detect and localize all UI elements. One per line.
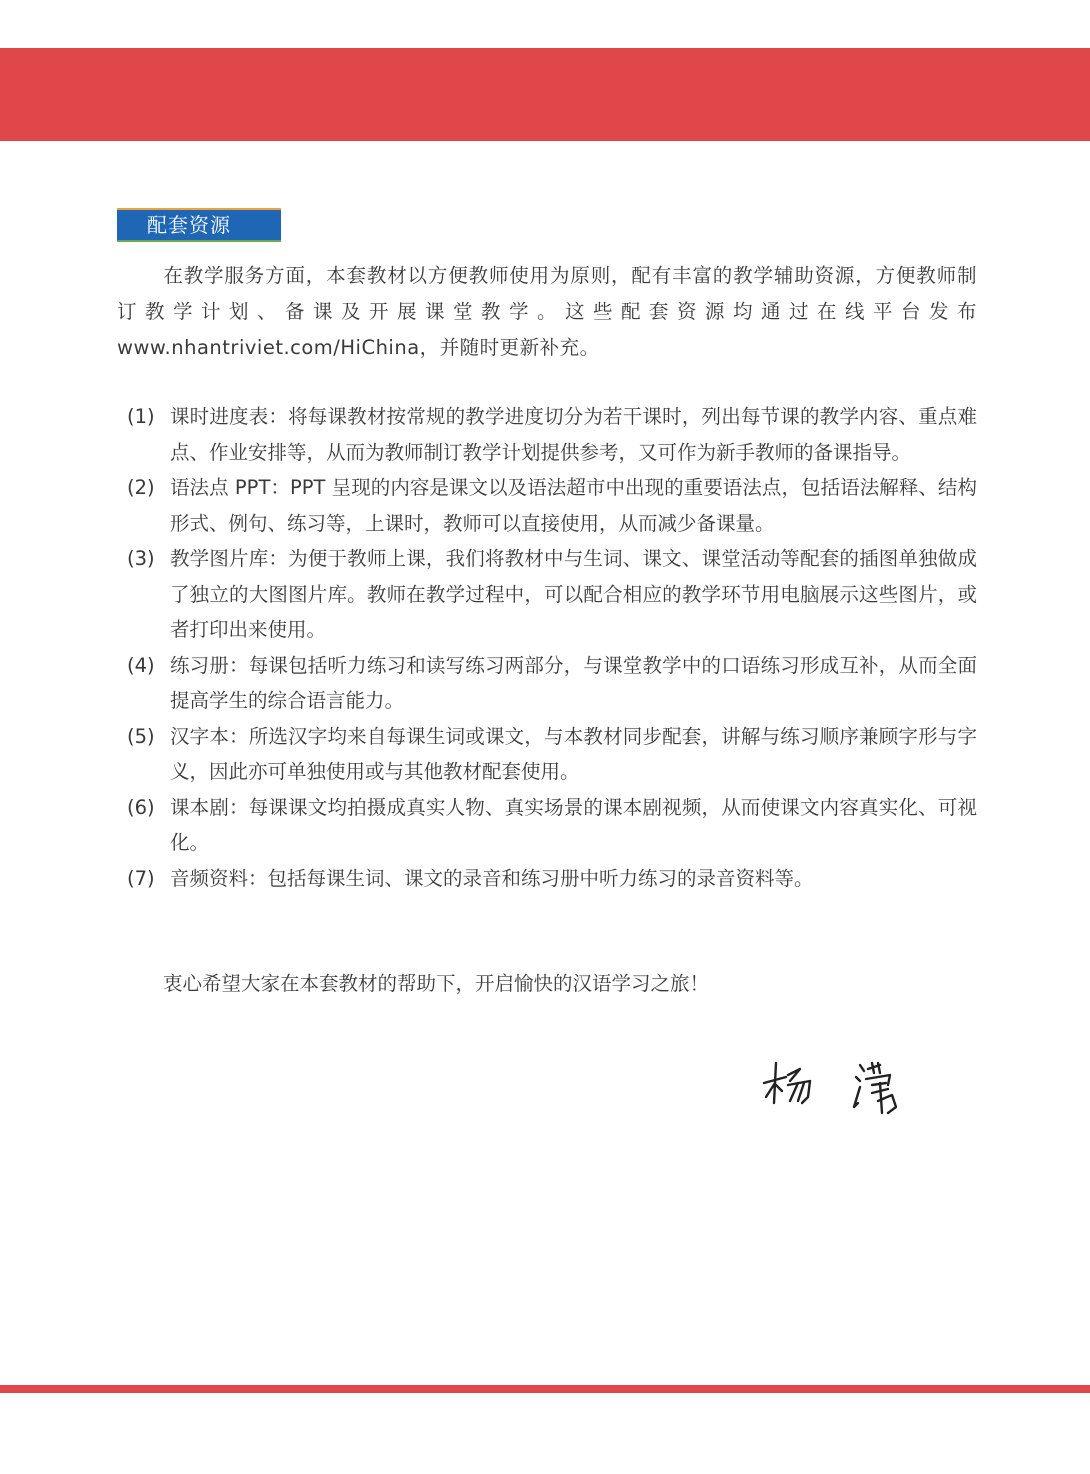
list-item-text: 课时进度表：将每课教材按常规的教学进度切分为若干课时，列出每节课的教学内容、重点… (170, 405, 977, 464)
list-item-number: (3) (127, 541, 170, 577)
list-item: (6)课本剧：每课课文均拍摄成真实人物、真实场景的课本剧视频，从而使课文内容真实… (127, 790, 977, 861)
handwritten-signature-icon (760, 1055, 910, 1125)
list-item: (4)练习册：每课包括听力练习和读写练习两部分，与课堂教学中的口语练习形成互补，… (127, 648, 977, 719)
list-item-number: (4) (127, 648, 170, 684)
list-item-number: (6) (127, 790, 170, 826)
list-item-text: 语法点 PPT：PPT 呈现的内容是课文以及语法超市中出现的重要语法点，包括语法… (170, 476, 977, 535)
list-item-text: 教学图片库：为便于教师上课，我们将教材中与生词、课文、课堂活动等配套的插图单独做… (170, 547, 977, 641)
footer-red-rule (0, 1385, 1090, 1393)
signature-image (760, 1055, 910, 1125)
list-item: (7)音频资料：包括每课生词、课文的录音和练习册中听力练习的录音资料等。 (127, 861, 977, 897)
closing-sentence: 衷心希望大家在本套教材的帮助下，开启愉快的汉语学习之旅！ (163, 966, 709, 1002)
list-item-text: 练习册：每课包括听力练习和读写练习两部分，与课堂教学中的口语练习形成互补，从而全… (170, 654, 977, 713)
list-item-number: (2) (127, 470, 170, 506)
list-item-text: 音频资料：包括每课生词、课文的录音和练习册中听力练习的录音资料等。 (170, 867, 814, 890)
list-item-number: (1) (127, 399, 170, 435)
list-item-text: 汉字本：所选汉字均来自每课生词或课文，与本教材同步配套，讲解与练习顺序兼顾字形与… (170, 725, 977, 784)
resource-list: (1)课时进度表：将每课教材按常规的教学进度切分为若干课时，列出每节课的教学内容… (127, 399, 977, 896)
intro-text: 在教学服务方面，本套教材以方便教师使用为原则，配有丰富的教学辅助资源，方便教师制… (117, 264, 977, 359)
list-item: (2)语法点 PPT：PPT 呈现的内容是课文以及语法超市中出现的重要语法点，包… (127, 470, 977, 541)
list-item: (5)汉字本：所选汉字均来自每课生词或课文，与本教材同步配套，讲解与练习顺序兼顾… (127, 719, 977, 790)
list-item: (1)课时进度表：将每课教材按常规的教学进度切分为若干课时，列出每节课的教学内容… (127, 399, 977, 470)
list-item-number: (7) (127, 861, 170, 897)
section-title: 配套资源 (147, 213, 231, 237)
list-item-text: 课本剧：每课课文均拍摄成真实人物、真实场景的课本剧视频，从而使课文内容真实化、可… (170, 796, 977, 855)
list-item-number: (5) (127, 719, 170, 755)
intro-paragraph: 在教学服务方面，本套教材以方便教师使用为原则，配有丰富的教学辅助资源，方便教师制… (117, 258, 977, 366)
section-title-badge: 配套资源 (117, 208, 281, 242)
header-red-band (0, 48, 1090, 141)
list-item: (3)教学图片库：为便于教师上课，我们将教材中与生词、课文、课堂活动等配套的插图… (127, 541, 977, 648)
